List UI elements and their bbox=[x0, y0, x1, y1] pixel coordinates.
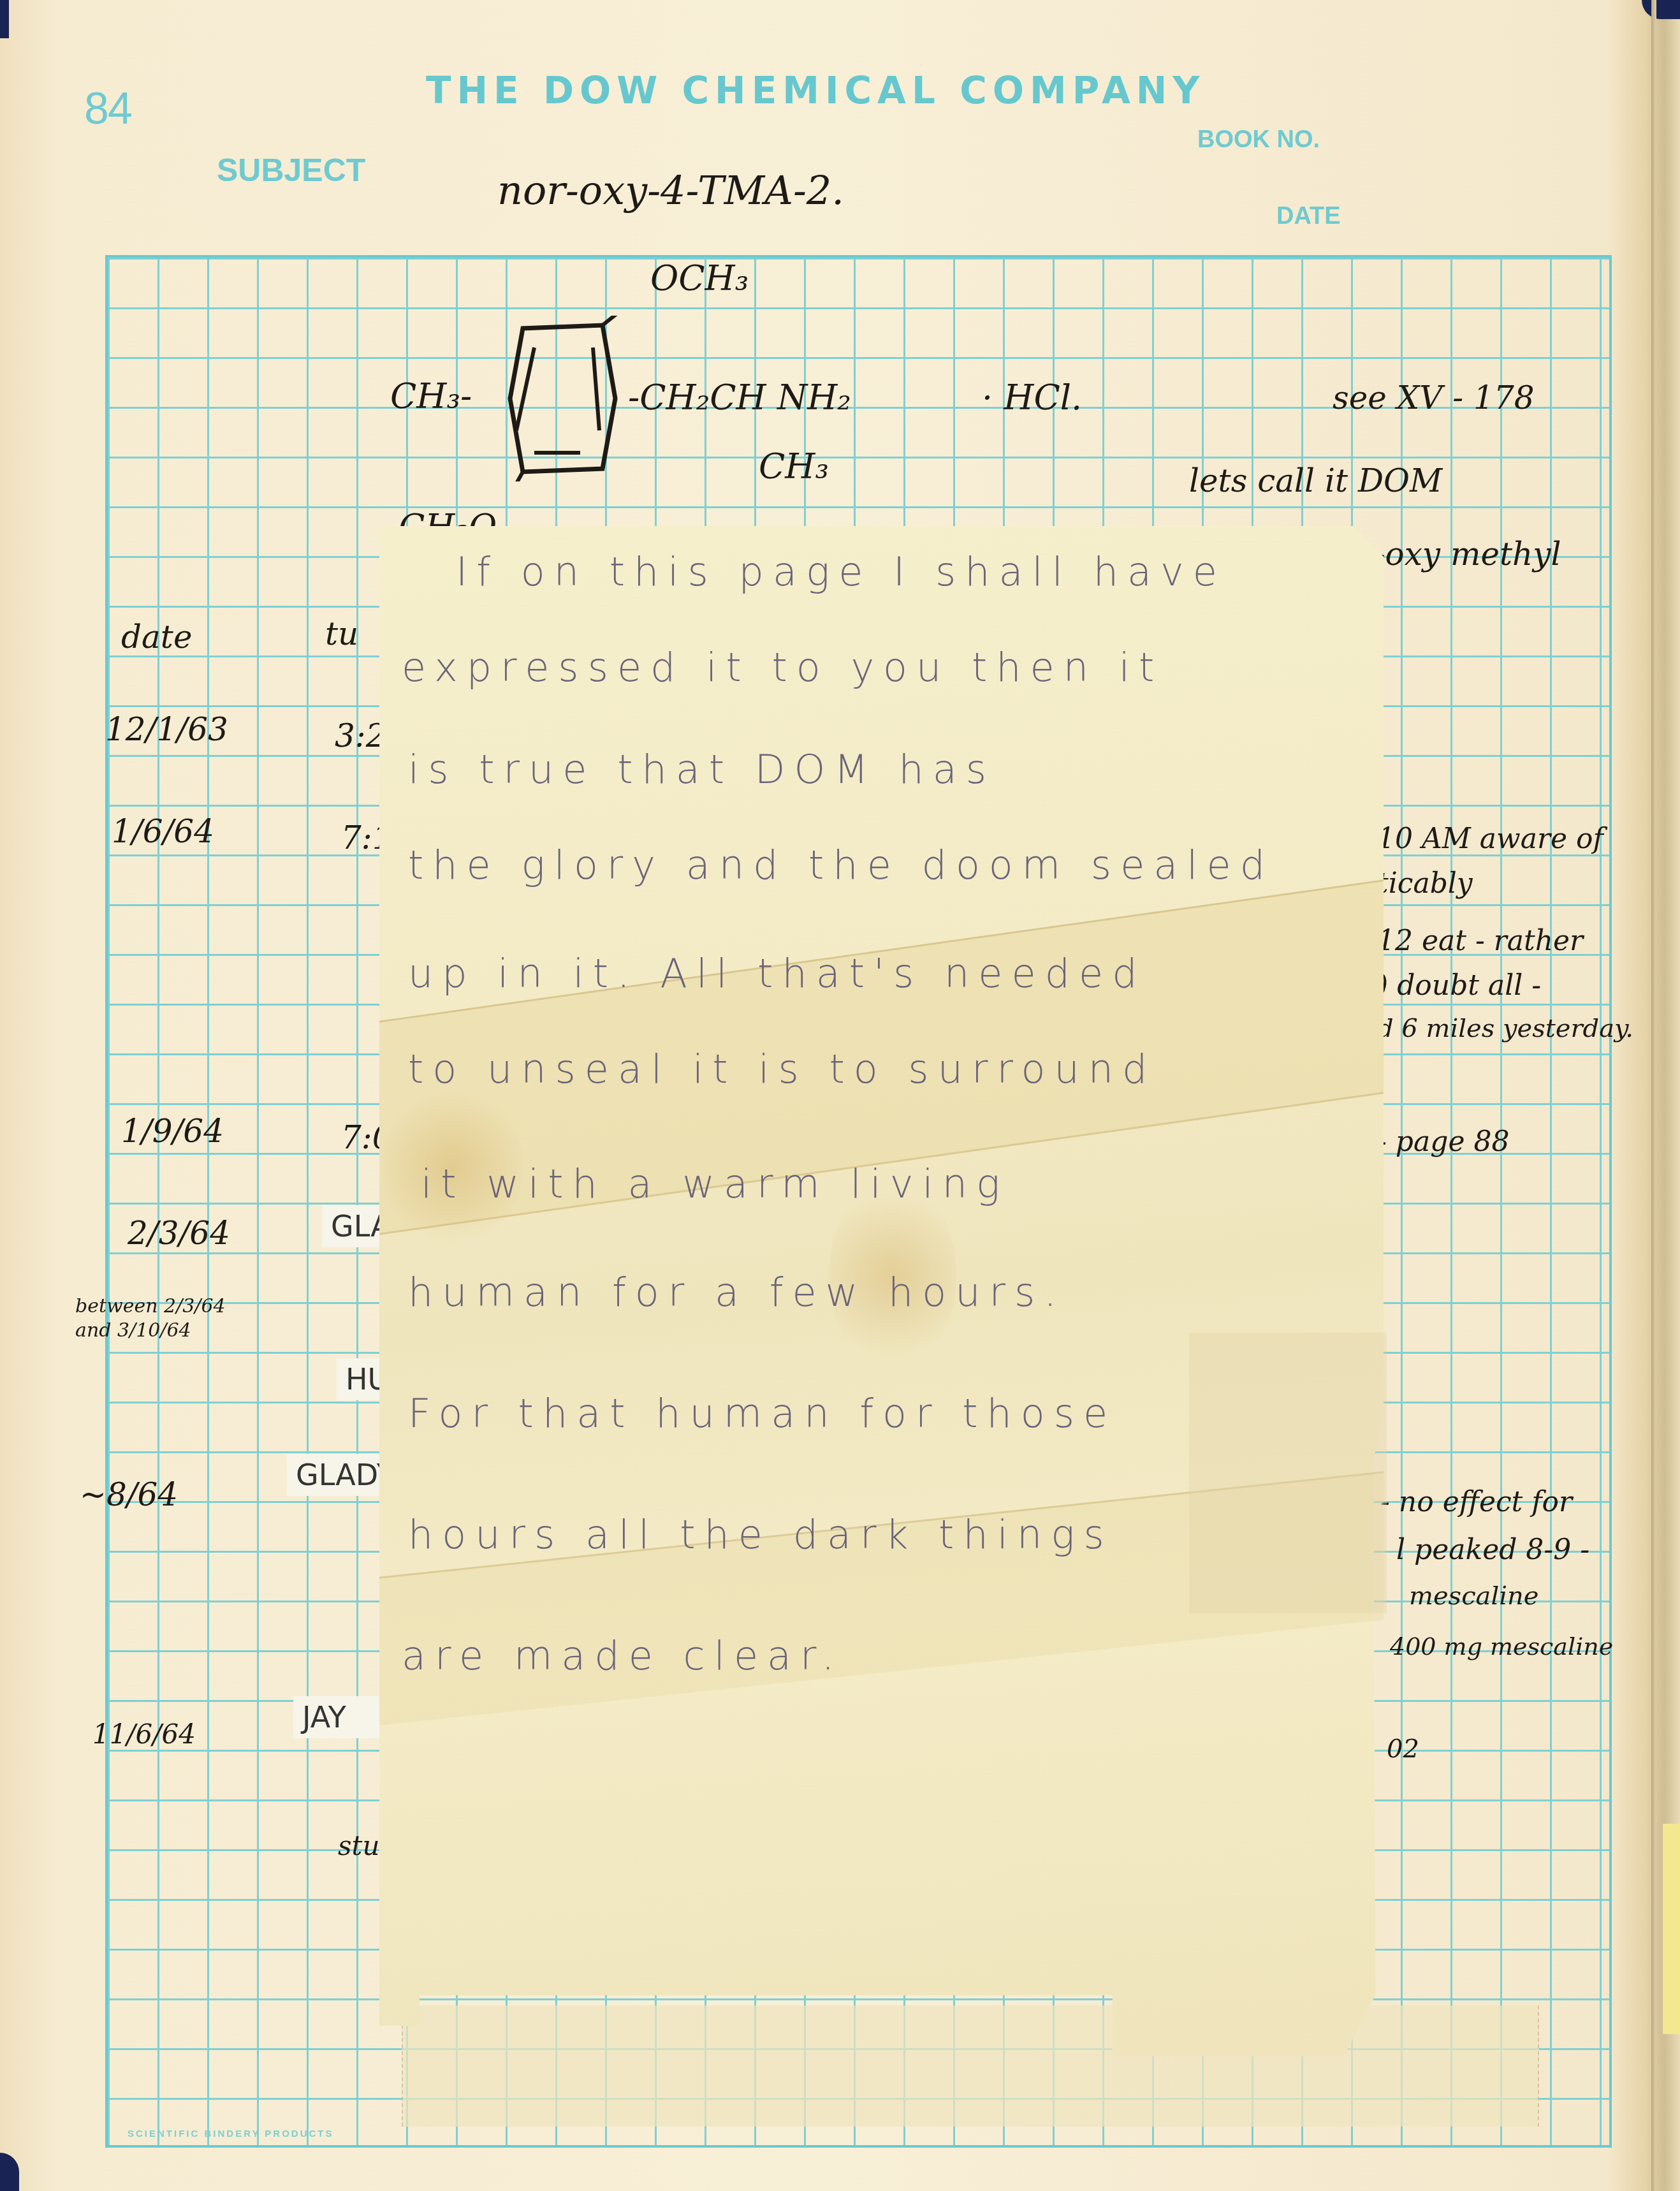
letter-line: expressed it to you then it bbox=[402, 644, 1163, 691]
row-date: 11/6/64 bbox=[92, 1718, 196, 1750]
right-note: ) doubt all - bbox=[1377, 969, 1541, 1002]
right-note: - no effect for bbox=[1380, 1486, 1572, 1518]
letter-line: the glory and the doom sealed bbox=[408, 842, 1274, 888]
letter-line: to unseal it is to surround bbox=[408, 1046, 1156, 1092]
name-slip: JAY bbox=[293, 1696, 391, 1738]
yellow-page-tab bbox=[1663, 1824, 1680, 2034]
right-note: 10 AM aware of bbox=[1377, 823, 1603, 855]
cover-edge-bottom bbox=[0, 2153, 19, 2191]
naming-note: lets call it DOM bbox=[1189, 462, 1442, 499]
letter-line: human for a few hours. bbox=[408, 1269, 1065, 1315]
structure-side-chain: -CH₂CH NH₂ bbox=[628, 377, 851, 418]
row-date: ~8/64 bbox=[80, 1476, 178, 1513]
row-time: stu bbox=[338, 1830, 379, 1861]
letter-line: up in it. All that's needed bbox=[408, 950, 1146, 997]
row-date-range: between 2/3/64 and 3/10/64 bbox=[75, 1294, 228, 1343]
column-header-date: date bbox=[121, 619, 193, 656]
subject-value: nor-oxy-4-TMA-2. bbox=[497, 167, 844, 214]
structure-top-substituent: OCH₃ bbox=[650, 258, 749, 298]
letter-line: is true that DOM has bbox=[408, 746, 995, 793]
structure-left-substituent: CH₃- bbox=[390, 376, 472, 416]
letter-line: are made clear. bbox=[402, 1632, 844, 1679]
company-header: THE DOW CHEMICAL COMPANY bbox=[426, 69, 1205, 112]
row-time: 3:2 bbox=[335, 717, 386, 754]
right-note: 400 mg mescaline bbox=[1390, 1632, 1613, 1660]
bindery-imprint: SCIENTIFIC BINDERY PRODUCTS bbox=[128, 2129, 334, 2139]
benzene-ring-icon bbox=[497, 316, 625, 481]
right-note: d 6 miles yesterday. bbox=[1377, 1014, 1633, 1043]
right-note: l peaked 8-9 - bbox=[1396, 1534, 1589, 1566]
page-number: 84 bbox=[84, 83, 131, 134]
right-note: - page 88 bbox=[1377, 1125, 1509, 1158]
row-date: 1/6/64 bbox=[112, 813, 214, 850]
cover-edge-left bbox=[0, 0, 9, 38]
row-date: 12/1/63 bbox=[105, 711, 228, 748]
binding-edge bbox=[1651, 0, 1656, 2191]
subject-label: SUBJECT bbox=[217, 152, 365, 189]
letter-line: it with a warm living bbox=[421, 1161, 1009, 1207]
letter-line: If on this page I shall have bbox=[456, 548, 1226, 595]
reference-note: see XV - 178 bbox=[1333, 379, 1535, 416]
cover-edge-right bbox=[1642, 0, 1680, 19]
right-note: 02 bbox=[1387, 1734, 1419, 1764]
right-note: ticably bbox=[1377, 867, 1473, 900]
right-note: 12 eat - rather bbox=[1377, 925, 1583, 957]
row-date: 2/3/64 bbox=[128, 1215, 230, 1252]
book-no-label: BOOK NO. bbox=[1197, 126, 1320, 154]
letter-line: hours all the dark things bbox=[408, 1511, 1113, 1558]
tape-strip bbox=[1189, 1333, 1387, 1613]
structure-branch-methyl: CH₃ bbox=[759, 446, 829, 487]
row-date: 1/9/64 bbox=[121, 1113, 224, 1150]
letter-line: For that human for those bbox=[408, 1390, 1116, 1437]
structure-salt: · HCl. bbox=[982, 377, 1082, 418]
date-label: DATE bbox=[1276, 203, 1341, 230]
notebook-page: 84 THE DOW CHEMICAL COMPANY SUBJECT nor-… bbox=[0, 0, 1680, 2191]
name-slip: GLADY bbox=[287, 1454, 394, 1496]
right-note: mescaline bbox=[1409, 1581, 1538, 1611]
tape-strip-bottom bbox=[402, 2005, 1539, 2127]
naming-note-cont: s-oxy methyl bbox=[1358, 536, 1561, 573]
column-header-time: tu bbox=[325, 615, 358, 652]
